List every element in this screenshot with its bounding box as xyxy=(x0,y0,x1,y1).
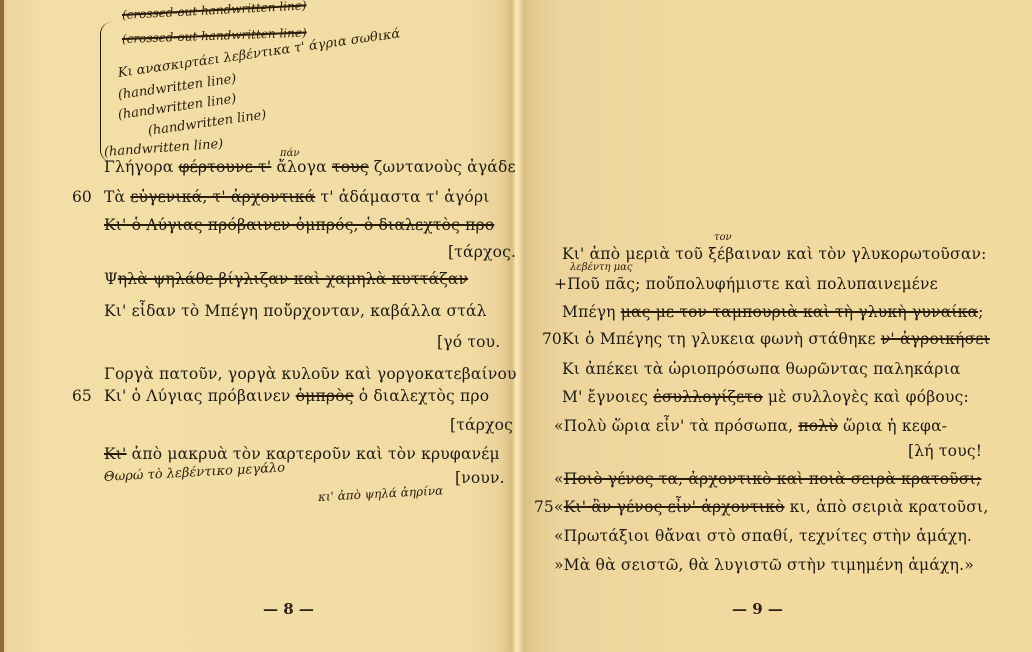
poem-line: «Πρωτάξιοι θἄναι στὸ σπαθί, τεχνίτες στὴ… xyxy=(554,527,972,545)
poem-line: Κι' ἀπὸ μεριὰ τοῦ ξέβαιναν καὶ τὸν γλυκο… xyxy=(562,245,987,263)
poem-line: Τὰ εὐγενικά, τ' ἀρχοντικά τ' ἀδάμαστα τ'… xyxy=(104,188,490,206)
page-edge xyxy=(0,0,4,652)
poem-line: Μπέγη μας με τον ταμπουριὰ καὶ τὴ γλυκὴ … xyxy=(562,303,984,321)
poem-line-continuation: [γό του. xyxy=(437,333,500,351)
page-number: — 8 — xyxy=(263,600,314,618)
left-page: (crossed-out handwritten line) (crossed-… xyxy=(0,0,518,652)
poem-line: Κι' ἀπὸ μακρυὰ τὸν καρτεροῦν καὶ τὸν κρυ… xyxy=(104,445,500,463)
poem-line: Γοργὰ πατοῦν, γοργὰ κυλοῦν καὶ γοργοκατε… xyxy=(104,365,517,383)
handwritten-note: Θωρώ τὸ λεβέντικο μεγάλο xyxy=(104,461,286,485)
poem-line-continuation: [νουν. xyxy=(455,469,505,487)
handwritten-note: (handwritten line) xyxy=(103,137,223,160)
line-number: 60 xyxy=(72,188,92,206)
poem-line: «Ποιὸ γένος τα, ἀρχοντικὸ καὶ ποιὰ σειρὰ… xyxy=(554,470,981,488)
poem-line: «Πολὺ ὥρια εἶν' τὰ πρόσωπα, πολὺ ὥρια ἡ … xyxy=(554,417,947,435)
page-number: — 9 — xyxy=(732,600,783,618)
poem-line: Κι ἀπέκει τὰ ὡριοπρόσωπα θωρῶντας παληκά… xyxy=(562,360,961,378)
poem-line: «Κι' ἂν γένος εἶν' ἀρχοντικὸ κι, ἀπὸ σει… xyxy=(554,498,988,516)
book-spread: (crossed-out handwritten line) (crossed-… xyxy=(0,0,1032,652)
poem-line: +Ποῦ πᾶς; ποὔπολυφήμιστε καὶ πολυπαινεμέ… xyxy=(554,275,938,293)
poem-line: Μ' ἔγνοιες ἐσυλλογίζετο μὲ συλλογὲς καὶ … xyxy=(562,388,969,406)
poem-line-struck: Κι' ὁ Λύγιας πρόβαινεν ὀμπρός, ὁ διαλεχτ… xyxy=(104,216,494,234)
line-number: 65 xyxy=(72,387,92,405)
right-page: Κι' ἀπὸ μεριὰ τοῦ ξέβαιναν καὶ τὸν γλυκο… xyxy=(518,0,1032,652)
handwritten-note: (crossed-out handwritten line) xyxy=(122,0,307,22)
poem-line-continuation: [τάρχος xyxy=(450,416,513,434)
poem-line: Κι ὁ Μπέγης τη γλυκεια φωνὴ στάθηκε ν' ἀ… xyxy=(562,330,990,348)
poem-line: Γλήγορα φέρτουνε τ' ἄλογα τους ζωντανοὺς… xyxy=(104,158,516,176)
line-number: 75 xyxy=(534,498,554,516)
line-number: 70 xyxy=(542,330,562,348)
handwritten-note: κι' ἀπὸ ψηλά ἀηρίνα xyxy=(318,483,444,504)
poem-line-continuation: [λή τους! xyxy=(908,442,982,460)
poem-line: Κι' ὁ Λύγιας πρόβαινεν ὀμπρὸς ὁ διαλεχτὸ… xyxy=(104,387,489,405)
poem-line: »Μὰ θὰ σειστῶ, θὰ λυγιστῶ στὴν τιμημένη … xyxy=(554,556,974,574)
poem-line: Ψηλὰ ψηλάθε βίγλιζαν καὶ χαμηλὰ κυττάζαν xyxy=(104,270,468,288)
poem-line-continuation: [τάρχος. xyxy=(448,243,516,261)
poem-line: Κι' εἶδαν τὸ Μπέγη ποὔρχονταν, καβάλλα σ… xyxy=(104,302,487,320)
handwritten-annotation: λεβέντη μας xyxy=(570,262,633,273)
handwritten-bracket xyxy=(100,22,113,162)
handwritten-annotation: πάν xyxy=(280,148,299,159)
handwritten-annotation: τον xyxy=(714,232,732,243)
